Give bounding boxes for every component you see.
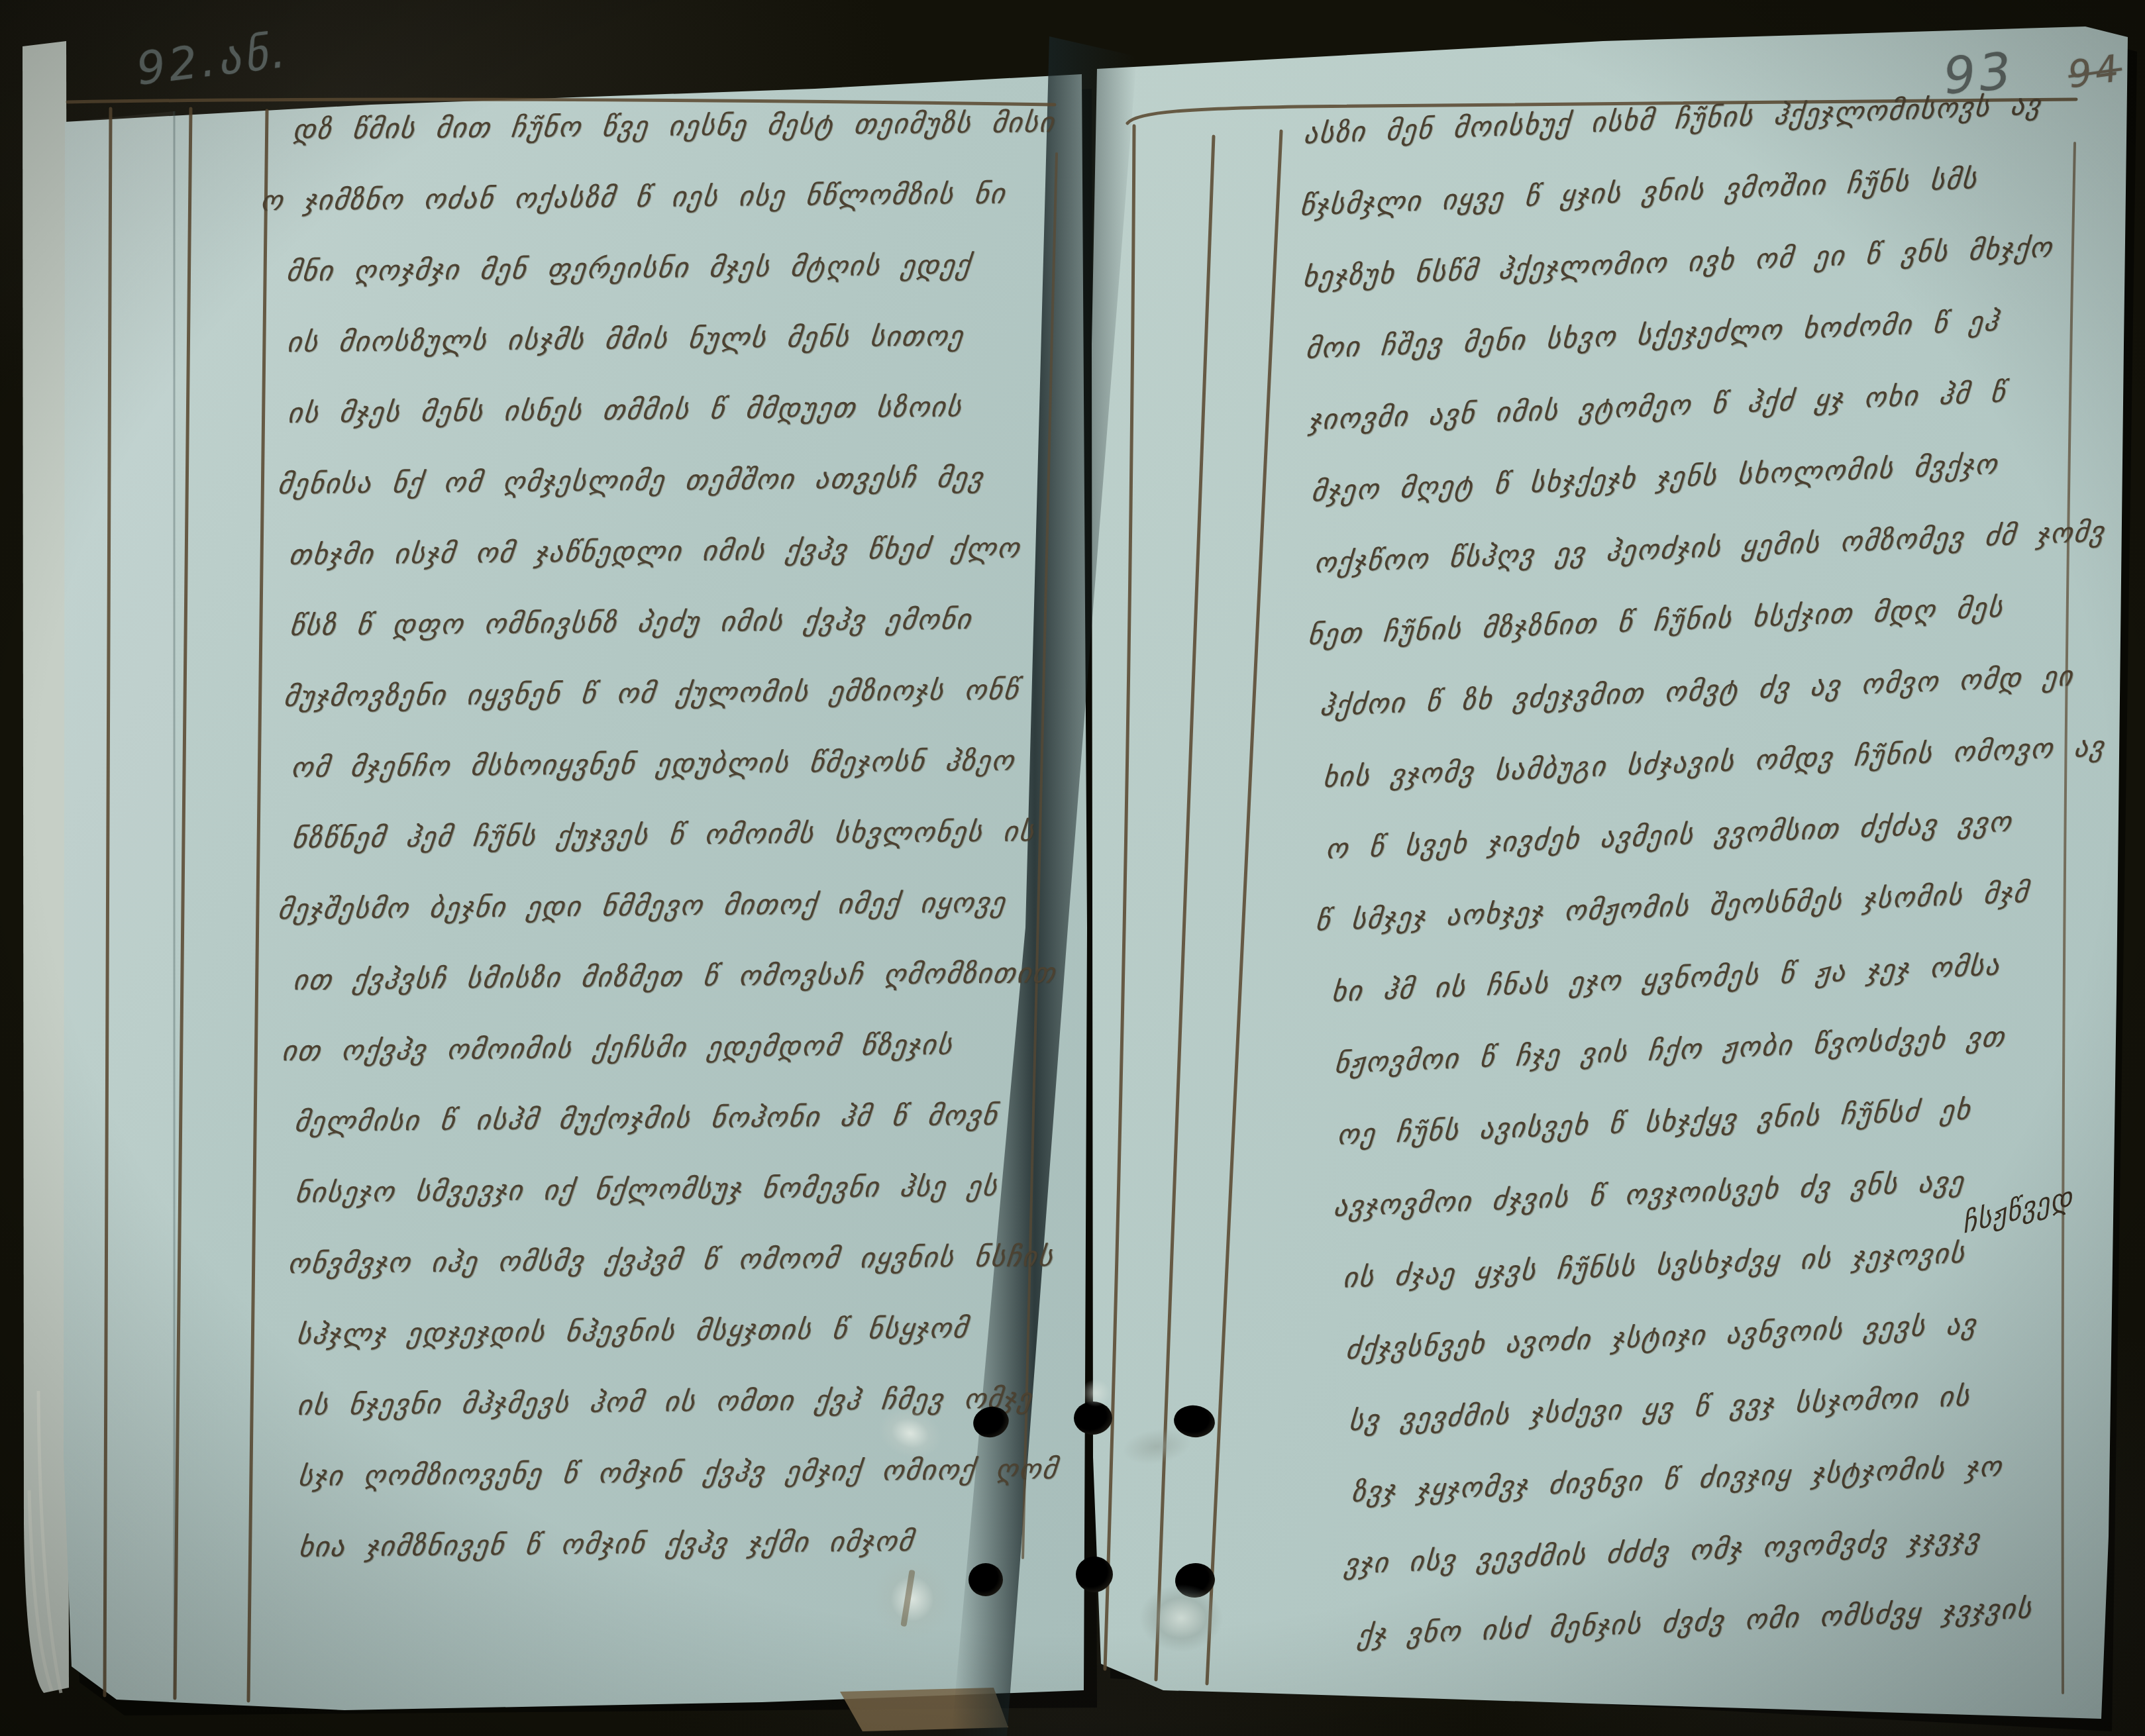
manuscript-line: თხჯმი ისჯმ ომ ჯაწნედლი იმის ქვჰვ წხეძ ქლ…	[286, 512, 1078, 590]
manuscript-line: მუჯმოვზენი იყვნენ წ ომ ქულომის ემზიოჯს ო…	[280, 654, 1080, 733]
manuscript-photo: დზ წმის მით ჩუ̃ნო წვე იესნე მესტ თეიმუზს…	[0, 0, 2145, 1736]
paper-tear	[1139, 1584, 1223, 1652]
manuscript-line: ის მიოსზულს ისჯმს მმის ნულს მენს სითოე	[284, 299, 1076, 378]
manuscript-line: ნისეჯო სმვევჯი იქ ნქლომსუჯ ნომევნი ჰსე ე…	[291, 1149, 1084, 1227]
manuscript-line: წსზ წ დფო ომნივსნზ პეძუ იმის ქვჰვ ემონი	[286, 583, 1079, 661]
page-number-pencil-right-struck: 94	[2066, 47, 2125, 97]
manuscript-line: ით ქვჰვსჩ სმისზი მიზმეთ წ ომოვსაჩ ღმომზი…	[289, 937, 1082, 1015]
manuscript-line: ის მჯეს მენს ისნეს თმმის წ მმდუეთ სზოის	[284, 370, 1077, 448]
manuscript-line: მეჯშესმო ბეჯნი ედი ნმმევო მითოქ იმექ იყო…	[274, 866, 1082, 945]
manuscript-line: ით ოქვჰვ ომოიმის ქეჩსმი ედემდომ წზეჯის	[278, 1007, 1083, 1086]
struck-number: 94	[2066, 47, 2125, 97]
manuscript-line: ნზწნემ ჰემ ჩუ̃ნს ქუჯვეს წ ომოიმს სხვლონე…	[288, 795, 1081, 874]
manuscript-line: მნი ღოჯმჯი მენ ფერეისნი მჯეს მტღის ედექ	[283, 229, 1076, 307]
manuscript-line: ო ჯიმზნო ოძან ოქასზმ წ იეს ისე ნწლომზის …	[256, 158, 1074, 236]
left-page-fold-strip	[64, 111, 174, 1700]
manuscript-line: მელმისი წ ისჰმ მუქოჯმის ნოჰონი ჰმ წ მოვნ	[291, 1078, 1084, 1156]
left-page-text-block: დზ წმის მით ჩუ̃ნო წვე იესნე მესტ თეიმუზს…	[285, 87, 1084, 1582]
manuscript-line: სჯი ღომზიოვენე წ ომჯინ ქვჰვ ემჯიქ ომიოქ …	[294, 1433, 1087, 1511]
page-number-pencil-right: 93	[1941, 41, 2016, 106]
manuscript-line: ის ნჯევნი მჰჯმევს ჰომ ის ომთი ქვჰ ჩმევ ო…	[293, 1362, 1086, 1440]
manuscript-line: დზ წმის მით ჩუ̃ნო წვე იესნე მესტ თეიმუზს…	[289, 87, 1074, 165]
paper-tear	[873, 1558, 951, 1640]
manuscript-line: ხია ჯიმზნივენ წ ომჯინ ქვჰვ ჯქმი იმჯომ	[295, 1504, 1088, 1582]
manuscript-line: ონვმვჯო იჰე ომსმვ ქვჰვმ წ ომოომ იყვნის ნ…	[284, 1220, 1085, 1299]
binding-hole	[1076, 1557, 1113, 1592]
manuscript-line: მენისა ნქ ომ ღმჯესლიმე თემშოი ათვესჩ მევ	[274, 441, 1078, 520]
right-page-text-block: ასზი მენ მოისხუქ ისხმ ჩუ̃ნის ჰქეჯლომისოვ…	[1296, 66, 2145, 1670]
manuscript-line: სჰჯლჯ ედჯეჯდის ნჰევნის მსყჯთის წ ნსყჯომ	[293, 1291, 1086, 1369]
underlying-page-edge	[23, 41, 69, 1693]
binding-hole	[968, 1563, 1003, 1596]
paper-tear	[1081, 1379, 1110, 1407]
manuscript-line: ომ მჯენჩო მსხოიყვნენ ედუბლის წმეჯოსნ ჰზე…	[288, 725, 1080, 803]
